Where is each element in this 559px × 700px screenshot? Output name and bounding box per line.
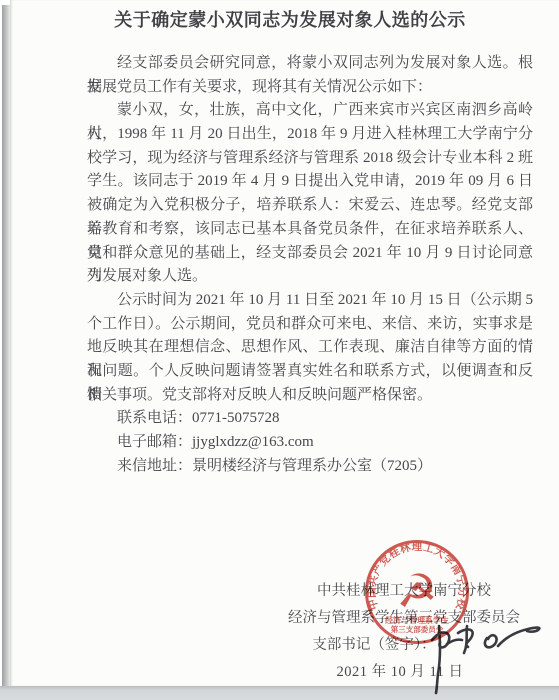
body-line: 公示时间为 2021 年 10 月 11 日至 2021 年 10 月 15 日…	[87, 289, 533, 313]
body-line: 电子邮箱：jjyglxdzz@163.com	[87, 431, 533, 455]
hammer-and-sickle-icon: ☭	[396, 564, 437, 618]
body-line: 养教育和考察，该同志已基本具备党员条件，在征求培养联系人、党	[87, 218, 533, 242]
body-line: 经支部委员会研究同意，将蒙小双同志列为发展对象人选。根据	[87, 52, 533, 76]
notice-title: 关于确定蒙小双同志为发展对象人选的公示	[64, 6, 516, 32]
body-line: 蒙小双，女，壮族，高中文化，广西来宾市兴宾区南泗乡高岭村	[87, 99, 533, 123]
body-line: 为发展对象人选。	[87, 265, 533, 289]
body-line: 个工作日）。公示期间，党员和群众可来电、来信、来访，实事求是	[87, 313, 533, 337]
body-line: 校学习，现为经济与管理系经济与管理系 2018 级会计专业本科 2 班	[87, 147, 533, 171]
body-line: 联系电话：0771-5075728	[87, 407, 533, 431]
body-line: 员和群众意见的基础上，经支部委员会 2021 年 10 月 9 日讨论同意列	[87, 242, 533, 266]
body-line: 学生。该同志于 2019 年 4 月 9 日提出入党申请，2019 年 09 月…	[87, 170, 533, 194]
body-line: 发展党员工作有关要求，现将其有关情况公示如下：	[87, 76, 533, 100]
signature-strokes	[432, 626, 539, 693]
notice-body: 经支部委员会研究同意，将蒙小双同志列为发展对象人选。根据发展党员工作有关要求，现…	[87, 52, 533, 478]
body-line: 被确定为入党积极分子，培养联系人：宋爱云、连忠琴。经党支部培	[87, 194, 533, 218]
body-line: 地反映其在理想信念、思想作风、工作表现、廉洁自律等方面的情况	[87, 336, 533, 360]
body-line: 相关事项。党支部将对反映人和反映问题严格保密。	[87, 384, 533, 408]
body-line: 和问题。个人反映问题请签署真实姓名和联系方式，以便调查和反馈	[87, 360, 533, 384]
signature-handwriting	[425, 616, 550, 698]
body-line: 人，1998 年 11 月 20 日出生，2018 年 9 月进入桂林理工大学南…	[87, 123, 533, 147]
body-line: 来信地址：景明楼经济与管理系办公室（7205）	[87, 455, 533, 479]
scan-edge-left	[2, 5, 10, 687]
